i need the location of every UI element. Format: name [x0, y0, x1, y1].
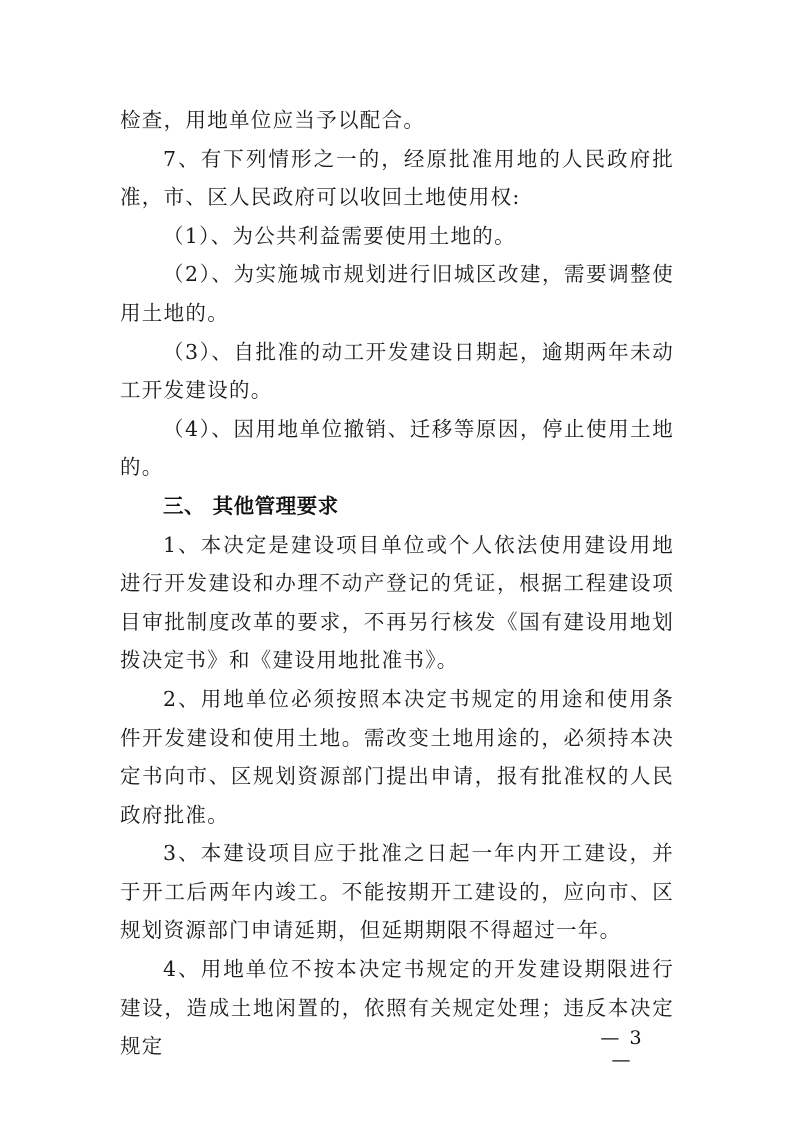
- paragraph-item-7: 7、有下列情形之一的，经原批准用地的人民政府批准，市、区人民政府可以收回土地使用…: [120, 140, 674, 217]
- paragraph-continuation: 检查，用地单位应当予以配合。: [120, 101, 674, 140]
- paragraph-subitem-4: （4）、因用地单位撤销、迁移等原因，停止使用土地的。: [120, 410, 674, 487]
- paragraph-subitem-3: （3）、自批准的动工开发建设日期起，逾期两年未动工开发建设的。: [120, 333, 674, 410]
- paragraph-requirement-3: 3、本建设项目应于批准之日起一年内开工建设，并于开工后两年内竣工。不能按期开工建…: [120, 834, 674, 950]
- section-heading: 三、 其他管理要求: [120, 487, 674, 526]
- page-number: — 3 —: [590, 1027, 654, 1071]
- document-page: 检查，用地单位应当予以配合。 7、有下列情形之一的，经原批准用地的人民政府批准，…: [0, 0, 794, 1123]
- paragraph-subitem-1: （1）、为公共利益需要使用土地的。: [120, 217, 674, 256]
- paragraph-requirement-2: 2、用地单位必须按照本决定书规定的用途和使用条件开发建设和使用土地。需改变土地用…: [120, 680, 674, 834]
- paragraph-requirement-1: 1、本决定是建设项目单位或个人依法使用建设用地进行开发建设和办理不动产登记的凭证…: [120, 526, 674, 680]
- paragraph-subitem-2: （2）、为实施城市规划进行旧城区改建，需要调整使用土地的。: [120, 255, 674, 332]
- document-body: 检查，用地单位应当予以配合。 7、有下列情形之一的，经原批准用地的人民政府批准，…: [120, 101, 674, 1066]
